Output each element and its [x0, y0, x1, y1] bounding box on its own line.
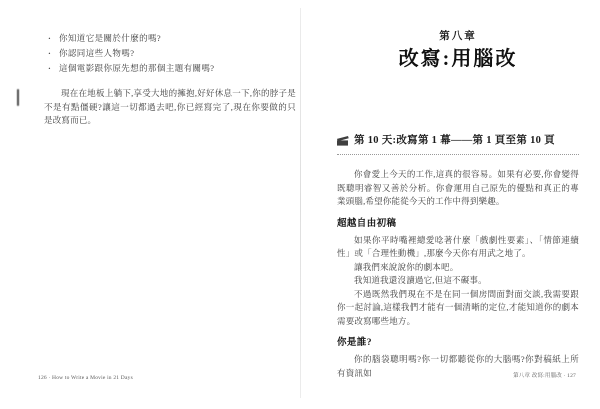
day-section-header: 第 10 天:改寫第 1 幕——第 1 頁至第 10 頁: [337, 134, 579, 155]
left-page-footer: 126 · How to Write a Movie in 21 Days: [38, 374, 133, 382]
body-paragraph: 我知道我還沒讀過它,但這不礙事。: [337, 274, 579, 288]
left-page: 你知道它是關於什麼的嗎? 你認同這些人物嗎? 這個電影跟你原先想的那個主題有關嗎…: [44, 31, 296, 128]
subsection-heading-beyond-draft: 超越自由初稿: [337, 218, 579, 231]
intro-paragraph: 你會愛上今天的工作,這真的很容易。如果有必要,你會變得既聰明睿智又善於分析。你會…: [337, 168, 579, 209]
right-page-footer: 第八章 改寫:用腦改 · 127: [513, 372, 576, 380]
clapperboard-icon: [337, 136, 349, 146]
subsection-heading-who-are-you: 你是誰?: [337, 337, 579, 350]
day-section-title: 第 10 天:改寫第 1 幕——第 1 頁至第 10 頁: [354, 134, 555, 148]
bullet-text: 你認同這些人物嗎?: [59, 48, 134, 58]
right-page: 第八章 改寫:用腦改 第 10 天:改寫第 1 幕——第 1 頁至第 10 頁 …: [337, 30, 579, 380]
bullet-item: 你知道它是關於什麼的嗎?: [59, 31, 296, 46]
question-bullet-list: 你知道它是關於什麼的嗎? 你認同這些人物嗎? 這個電影跟你原先想的那個主題有關嗎…: [44, 31, 296, 76]
bullet-item: 這個電影跟你原先想的那個主題有關嗎?: [59, 61, 296, 76]
bullet-text: 你知道它是關於什麼的嗎?: [59, 33, 161, 43]
body-paragraph: 讓我們來說說你的劇本吧。: [337, 261, 579, 275]
book-spread: 你知道它是關於什麼的嗎? 你認同這些人物嗎? 這個電影跟你原先想的那個主題有關嗎…: [0, 0, 600, 409]
chapter-number-label: 第八章: [337, 30, 579, 44]
bullet-item: 你認同這些人物嗎?: [59, 46, 296, 61]
page-gutter-divider: [300, 8, 301, 398]
body-paragraph: 如果你平時嘴裡總愛唸著什麼「戲劇性要素」、「情節連續性」或「合理性動機」,那麼今…: [337, 234, 579, 261]
body-paragraph: 不過既然我們現在不是在同一個房間面對面交談,我需要跟你一起討論,這樣我們才能有一…: [337, 288, 579, 329]
left-page-paragraph: 現在在地板上躺下,享受大地的擁抱,好好休息一下,你的脖子是不是有點僵硬?讓這一切…: [44, 87, 296, 128]
chapter-title: 改寫:用腦改: [337, 46, 579, 72]
page-edge-mark: [17, 89, 19, 106]
bullet-text: 這個電影跟你原先想的那個主題有關嗎?: [59, 63, 214, 73]
